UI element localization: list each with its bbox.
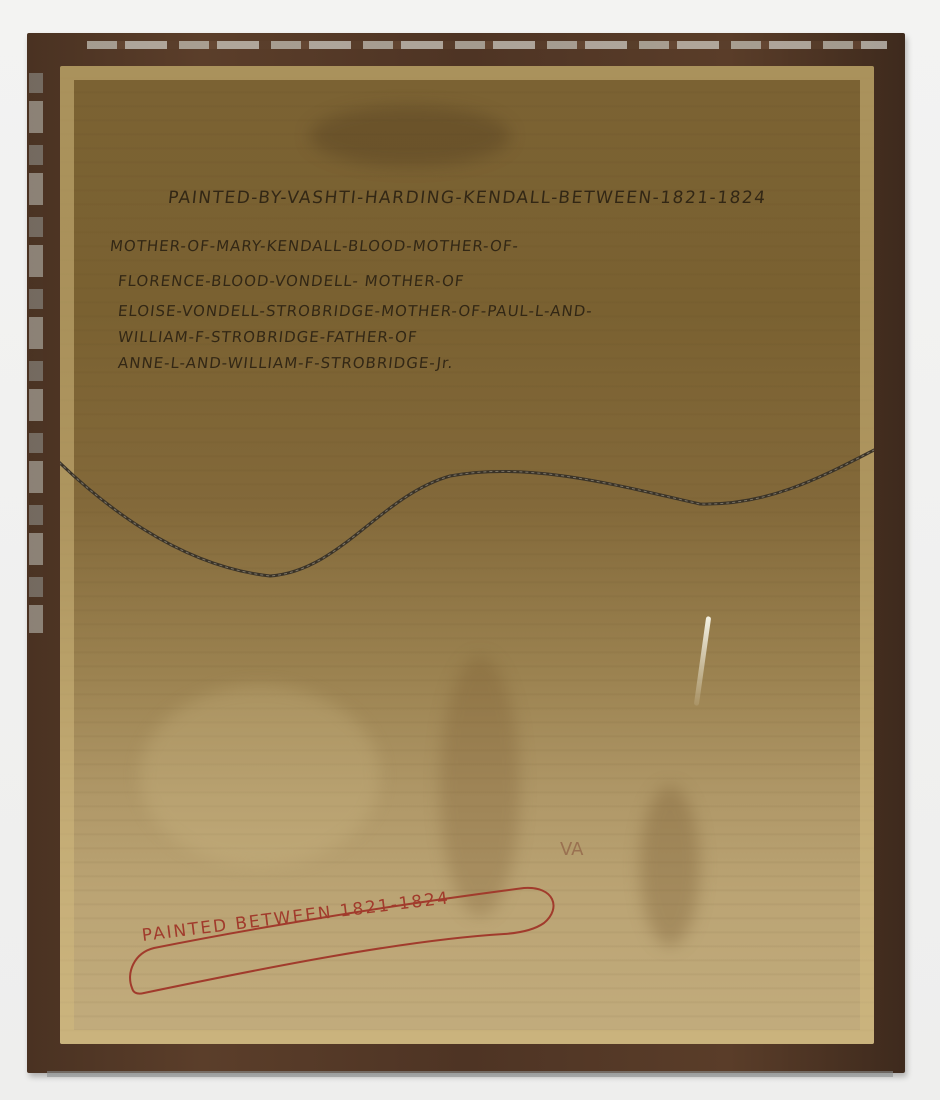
initials-mark: VA xyxy=(560,839,583,860)
frame-glass-edge xyxy=(47,1071,893,1077)
red-outline-loop xyxy=(124,878,564,1008)
canvas-backing: PAINTED-BY-VASHTI-HARDING-KENDALL-BETWEE… xyxy=(60,66,874,1044)
red-annotation: PAINTED BETWEEN 1821-1824 xyxy=(124,878,554,978)
photo-scene: PAINTED-BY-VASHTI-HARDING-KENDALL-BETWEE… xyxy=(0,0,940,1100)
frame-wear-left xyxy=(29,73,43,633)
frame-wear-top xyxy=(87,41,887,49)
